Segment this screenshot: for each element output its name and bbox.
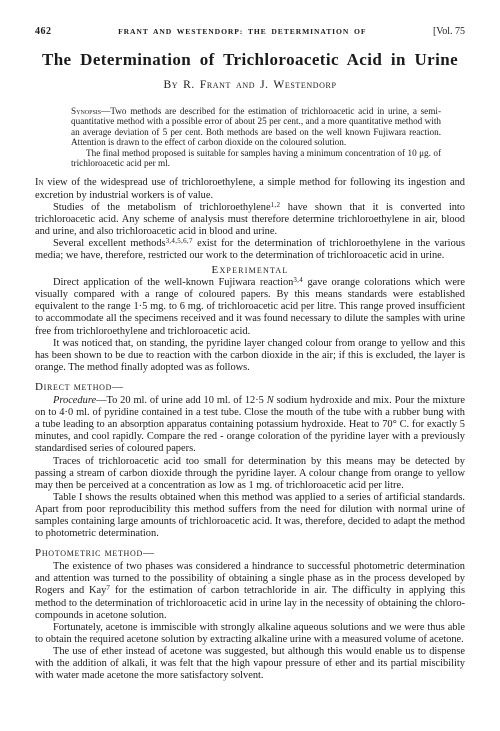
synopsis-paragraph: The final method proposed is suitable fo…: [71, 148, 441, 169]
body-paragraph: Fortunately, acetone is immiscible with …: [35, 622, 465, 646]
body-paragraph: Traces of trichloroacetic acid too small…: [35, 456, 465, 492]
body-paragraph: Direct application of the well-known Fuj…: [35, 277, 465, 337]
section-heading-experimental: Experimental: [35, 264, 465, 276]
body-paragraph: Procedure—To 20 ml. of urine add 10 ml. …: [35, 395, 465, 455]
reference-superscript: 3,4,5,6,7: [166, 237, 193, 245]
article-title: The Determination of Trichloroacetic Aci…: [35, 50, 465, 70]
article-body: In view of the widespread use of trichlo…: [35, 177, 465, 682]
synopsis-label: Synopsis: [71, 106, 101, 116]
body-paragraph: Several excellent methods3,4,5,6,7 exist…: [35, 238, 465, 262]
volume-label: [Vol. 75: [433, 26, 465, 37]
normality-symbol: N: [267, 395, 274, 406]
body-paragraph: The existence of two phases was consider…: [35, 561, 465, 621]
section-heading-photometric-method: Photometric method—: [35, 547, 465, 559]
reference-superscript: 1,2: [271, 201, 281, 209]
synopsis-paragraph: Synopsis—Two methods are described for t…: [71, 106, 441, 148]
byline: By R. Frant and J. Westendorp: [35, 79, 465, 91]
body-paragraph: The use of ether instead of acetone was …: [35, 646, 465, 682]
running-head: 462 FRANT AND WESTENDORP: THE DETERMINAT…: [35, 26, 465, 37]
running-title: FRANT AND WESTENDORP: THE DETERMINATION …: [118, 27, 366, 36]
page-number: 462: [35, 26, 52, 37]
reference-superscript: 3,4: [293, 276, 303, 284]
body-paragraph: Studies of the metabolism of trichloroet…: [35, 202, 465, 238]
body-paragraph: In view of the widespread use of trichlo…: [35, 177, 465, 201]
synopsis-block: Synopsis—Two methods are described for t…: [71, 106, 441, 168]
body-paragraph: Table I shows the results obtained when …: [35, 492, 465, 540]
section-heading-direct-method: Direct method—: [35, 381, 465, 393]
procedure-label: Procedure: [53, 395, 96, 406]
journal-page: 462 FRANT AND WESTENDORP: THE DETERMINAT…: [0, 0, 500, 731]
drop-lead: In: [35, 177, 44, 188]
body-paragraph: It was noticed that, on standing, the py…: [35, 338, 465, 374]
